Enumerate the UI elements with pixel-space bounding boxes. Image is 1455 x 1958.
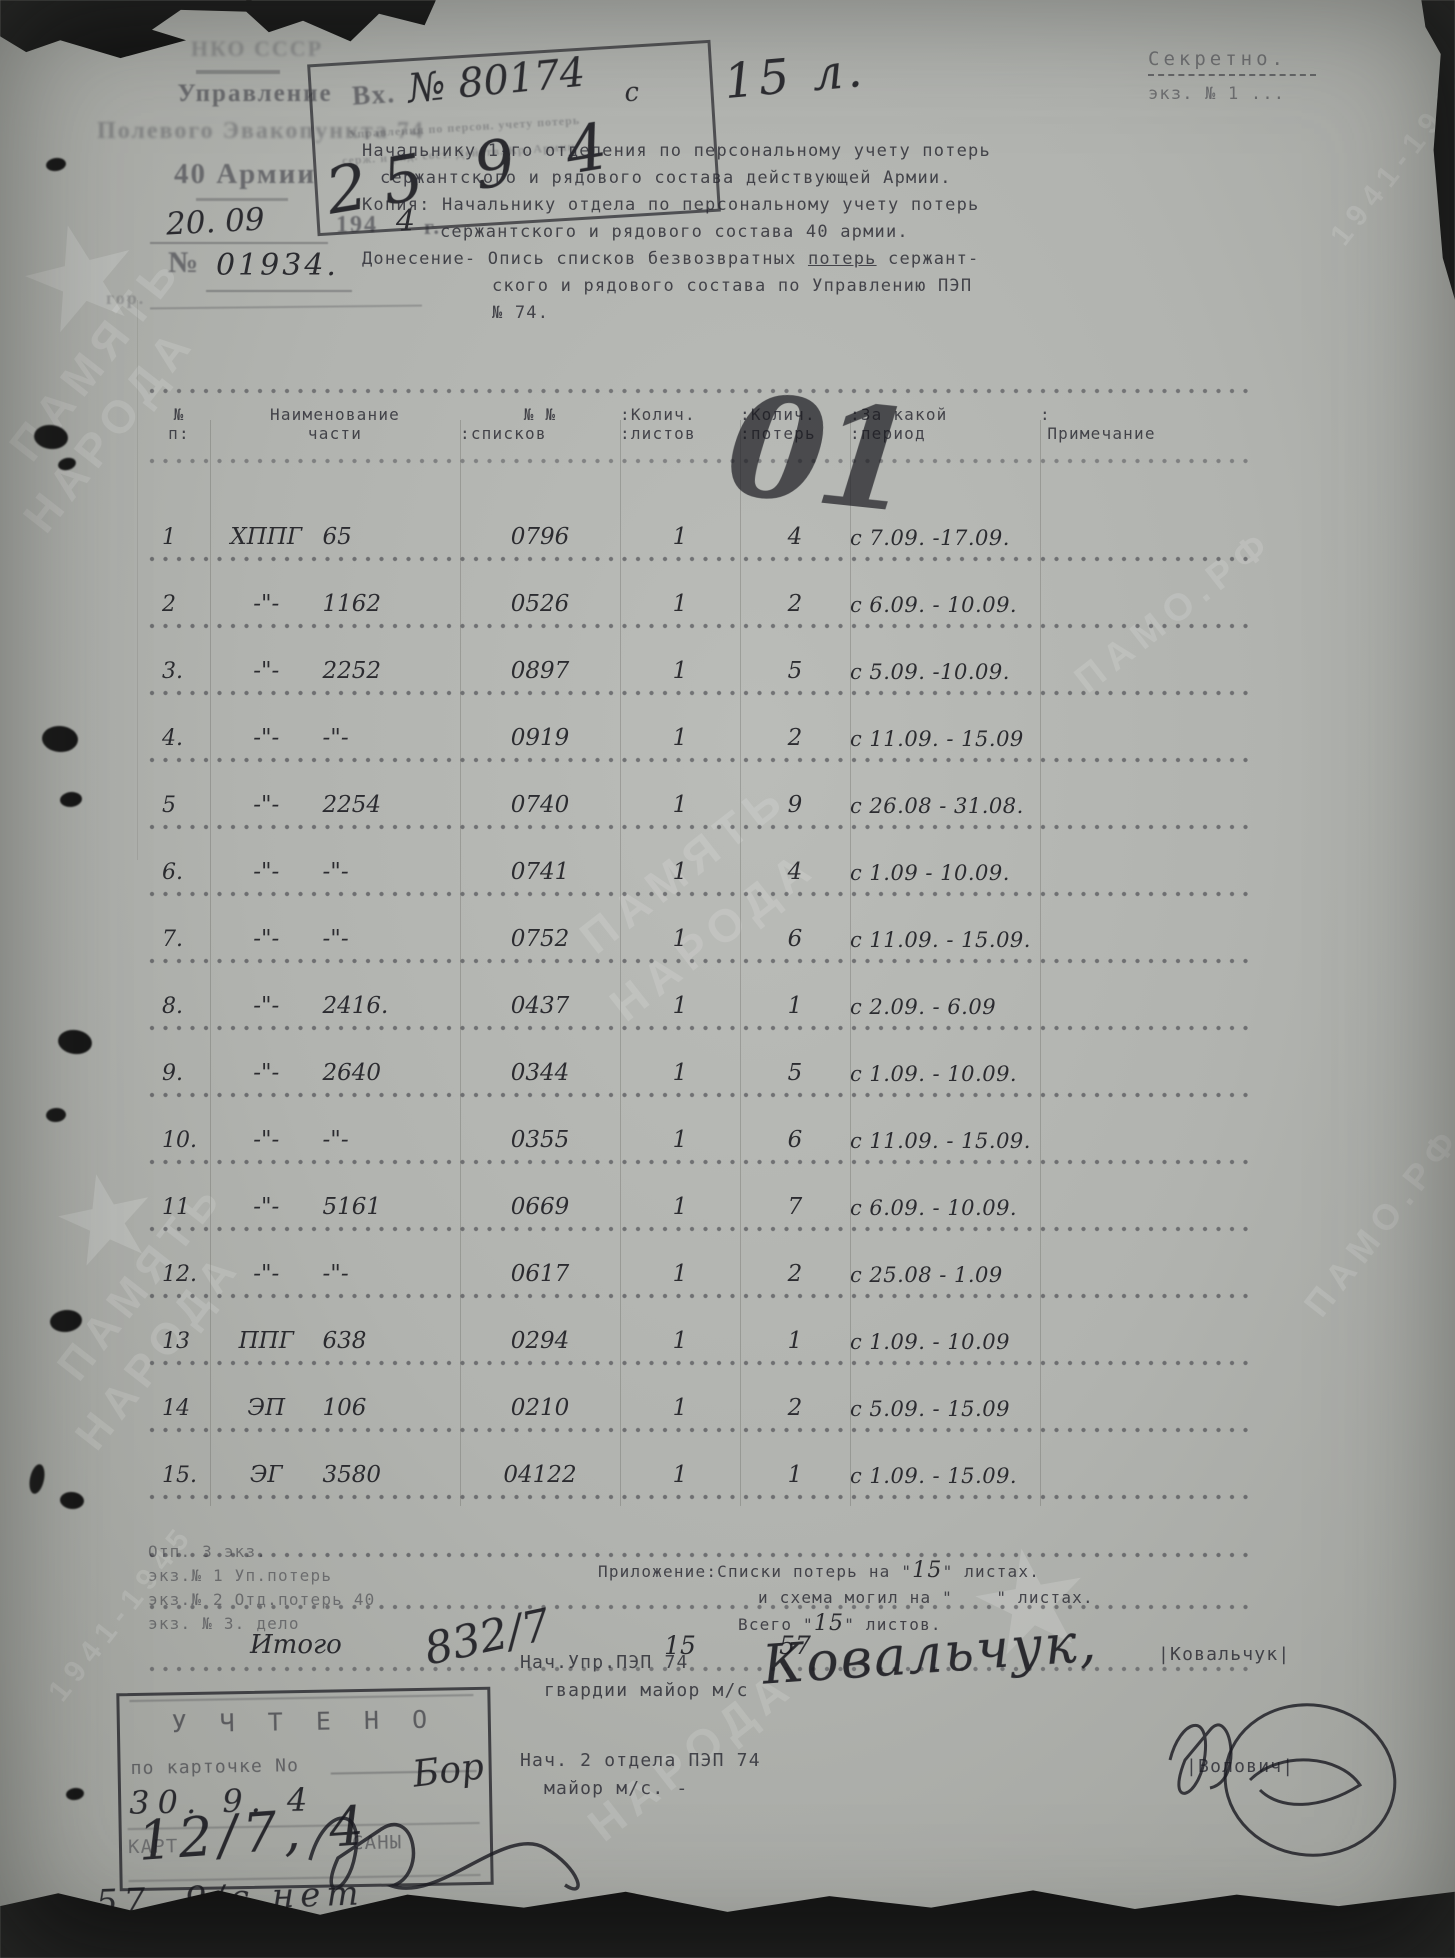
row-sheet-count: 1 <box>673 591 688 617</box>
row-part-number: -"- <box>323 725 461 751</box>
row-num: 15. <box>148 1463 197 1488</box>
row-loss-count: 1 <box>788 1328 803 1354</box>
row-loss-count: 7 <box>788 1194 803 1220</box>
row-sheet-count: 1 <box>673 859 688 885</box>
table-row: 1 ХППГ 65 0796 1 4 с 7.09. -17.09. <box>148 466 1248 554</box>
row-part-name: -"- <box>210 1261 323 1287</box>
row-num: 3. <box>148 659 183 684</box>
col-header-num: № <box>148 405 210 424</box>
col-header-sheets: :Колич. <box>620 405 740 424</box>
table-rule <box>148 1224 1248 1234</box>
table-header: №п: Наименованиечасти № №:списков :Колич… <box>148 396 1248 456</box>
row-sheet-count: 1 <box>673 1261 688 1287</box>
table-row: 4. -"- -"- 0919 1 2 с 11.09. - 15.09 <box>148 698 1248 755</box>
attachment-line1-pre: Приложение:Списки потерь на " <box>598 1562 912 1581</box>
table-row: 12. -"- -"- 0617 1 2 с 25.08 - 1.09 <box>148 1234 1248 1291</box>
row-list-number: 0617 <box>511 1261 570 1287</box>
row-part-number: 65 <box>323 524 461 550</box>
row-part-name: -"- <box>210 725 323 751</box>
row-period: с 1.09. - 15.09. <box>850 1464 1017 1488</box>
punch-hole <box>41 725 79 753</box>
table-row: 5 -"- 2254 0740 1 9 с 26.08 - 31.08. <box>148 765 1248 822</box>
col-header-part-l2: части <box>210 424 460 443</box>
address-line: сержантского и рядового состава 40 армии… <box>440 219 1102 246</box>
row-part-name: -"- <box>210 859 323 885</box>
col-header-num-l2: п: <box>148 424 210 443</box>
watermark-text: ПАМО.РФ <box>1296 1117 1455 1324</box>
row-num: 9. <box>148 1061 183 1086</box>
row-num: 2 <box>148 592 176 617</box>
row-list-number: 0740 <box>511 792 570 818</box>
table-rule <box>148 956 1248 966</box>
punch-hole <box>27 1463 47 1495</box>
row-sheet-count: 1 <box>673 1194 688 1220</box>
row-period: с 1.09. - 10.09 <box>850 1330 1010 1354</box>
handwritten-mark: 01 <box>720 363 915 545</box>
row-part-name: ЭГ <box>210 1462 323 1488</box>
accounting-stamp-title: У Ч Т Е Н О <box>120 1704 488 1739</box>
punch-hole <box>46 1107 67 1122</box>
table-row: 9. -"- 2640 0344 1 5 с 1.09. - 10.09. <box>148 1033 1248 1090</box>
row-list-number: 0355 <box>511 1127 570 1153</box>
row-period: с 6.09. - 10.09. <box>850 1196 1017 1220</box>
row-period: с 1.09 - 10.09. <box>850 861 1010 885</box>
table-row: 8. -"- 2416. 0437 1 1 с 2.09. - 6.09 <box>148 966 1248 1023</box>
distribution-line: Отп. 3 экз. <box>148 1540 376 1564</box>
row-num: 4. <box>148 726 183 751</box>
punch-hole <box>49 1308 83 1333</box>
torn-edge <box>0 1886 1455 1958</box>
table-rule <box>148 456 1248 466</box>
secrecy-block: Секретно. экз. № 1 ... <box>1148 48 1418 104</box>
row-part-name: -"- <box>210 591 323 617</box>
row-list-number: 0741 <box>511 859 570 885</box>
row-num: 8. <box>148 994 183 1019</box>
col-header-remark-l2: Примечание <box>955 424 1248 443</box>
row-part-name: -"- <box>210 993 323 1019</box>
attachment-line1-post: " листах. <box>943 1562 1041 1581</box>
punch-hole <box>57 456 77 472</box>
row-part-number: 3580 <box>323 1462 461 1488</box>
table-row: 13 ППГ 638 0294 1 1 с 1.09. - 10.09 <box>148 1301 1248 1358</box>
entry-stamp-suffix: с <box>624 77 640 108</box>
punch-hole <box>56 1028 93 1056</box>
punch-hole <box>59 791 82 808</box>
signer1-title-line2: гвардии майор м/с <box>544 1680 749 1701</box>
row-list-number: 0344 <box>511 1060 570 1086</box>
row-list-number: 0294 <box>511 1328 570 1354</box>
row-period: с 11.09. - 15.09. <box>850 1129 1031 1153</box>
row-part-number: 2640 <box>323 1060 461 1086</box>
col-header-list-no-l2: :списков <box>460 424 620 443</box>
entry-stamp-prefix: Вх. <box>351 78 397 112</box>
row-list-number: 0526 <box>511 591 570 617</box>
row-list-number: 0897 <box>511 658 570 684</box>
row-part-name: -"- <box>210 1127 323 1153</box>
secrecy-classification: Секретно. <box>1148 48 1418 70</box>
table-rule <box>148 386 1248 396</box>
accounting-stamp-signature: Бор <box>410 1746 486 1795</box>
address-line: № 74. <box>492 300 1102 327</box>
distribution-block: Отп. 3 экз. экз.№ 1 Уп.потерь экз.№ 2 От… <box>148 1540 376 1636</box>
row-period: с 2.09. - 6.09 <box>850 995 996 1019</box>
row-loss-count: 2 <box>788 591 803 617</box>
row-period: с 5.09. -10.09. <box>850 660 1010 684</box>
row-part-name: ХППГ <box>210 524 323 550</box>
row-part-number: -"- <box>323 926 461 952</box>
row-list-number: 0919 <box>511 725 570 751</box>
address-block: Начальнику 1-го отделения по персонально… <box>362 138 1102 327</box>
row-part-name: ППГ <box>210 1328 323 1354</box>
row-loss-count: 2 <box>788 1261 803 1287</box>
row-part-name: -"- <box>210 926 323 952</box>
attachment-line1: Приложение:Списки потерь на "15" листах. <box>598 1558 1094 1585</box>
torn-edge <box>1404 0 1455 300</box>
entry-stamp-number: № 80174 <box>406 50 587 113</box>
row-sheet-count: 1 <box>673 1328 688 1354</box>
row-sheet-count: 1 <box>673 1395 688 1421</box>
letterhead-number-sign: № <box>168 246 200 280</box>
row-sheet-count: 1 <box>673 524 688 550</box>
row-list-number: 0752 <box>511 926 570 952</box>
row-part-name: -"- <box>210 792 323 818</box>
secrecy-copy-line: экз. № 1 ... <box>1148 84 1418 104</box>
row-part-number: 106 <box>323 1395 461 1421</box>
row-sheet-count: 1 <box>673 658 688 684</box>
letterhead-date-handwritten: 20. 09 <box>165 201 265 242</box>
punch-hole <box>65 1787 84 1801</box>
row-num: 5 <box>148 793 176 818</box>
col-header-remark: : <box>1040 405 1248 424</box>
table-row: 3. -"- 2252 0897 1 5 с 5.09. -10.09. <box>148 631 1248 688</box>
row-num: 12. <box>148 1262 197 1287</box>
row-list-number: 0437 <box>511 993 570 1019</box>
row-num: 6. <box>148 860 183 885</box>
distribution-line: экз.№ 2 Отд.потерь 40 <box>148 1588 376 1612</box>
row-part-number: -"- <box>323 859 461 885</box>
table-rule <box>148 1492 1248 1502</box>
row-sheet-count: 1 <box>673 1060 688 1086</box>
row-loss-count: 5 <box>788 658 803 684</box>
punch-hole <box>33 423 69 450</box>
row-loss-count: 2 <box>788 1395 803 1421</box>
table-rule <box>148 1425 1248 1435</box>
distribution-line: экз.№ 1 Уп.потерь <box>148 1564 376 1588</box>
row-num: 7. <box>148 927 183 952</box>
row-list-number: 0796 <box>511 524 570 550</box>
row-sheet-count: 1 <box>673 993 688 1019</box>
row-loss-count: 4 <box>788 859 803 885</box>
row-part-number: 1162 <box>323 591 461 617</box>
row-sheet-count: 1 <box>673 1462 688 1488</box>
table-rule <box>148 1023 1248 1033</box>
attachment-line2: и схема могил на " " листах. <box>758 1585 1094 1611</box>
row-part-number: 2416. <box>323 993 461 1019</box>
row-part-number: -"- <box>323 1261 461 1287</box>
row-list-number: 04122 <box>503 1462 576 1488</box>
table-rule <box>148 1090 1248 1100</box>
row-period: с 11.09. - 15.09 <box>850 727 1024 751</box>
address-line: Начальнику 1-го отделения по персонально… <box>362 138 1102 165</box>
letterhead-city-label: гор. <box>106 288 145 309</box>
table-rule <box>148 1157 1248 1167</box>
address-line5-underlined: потерь <box>808 249 877 269</box>
row-list-number: 0669 <box>511 1194 570 1220</box>
table-rule <box>148 889 1248 899</box>
signer2-title-line1: Нач. 2 отдела ПЭП 74 <box>520 1750 761 1771</box>
table-rule <box>148 621 1248 631</box>
row-period: с 26.08 - 31.08. <box>850 794 1024 818</box>
address-line: Копия: Начальнику отдела по персональном… <box>362 192 1102 219</box>
address-line: Донесение- Опись списков безвозвратных п… <box>362 246 1102 273</box>
punch-hole <box>59 1491 84 1510</box>
table-row: 7. -"- -"- 0752 1 6 с 11.09. - 15.09. <box>148 899 1248 956</box>
address-line5-pre: Донесение- Опись списков безвозвратных <box>362 249 808 269</box>
accounting-stamp-subtitle: по карточке No <box>130 1755 299 1779</box>
row-part-name: -"- <box>210 1194 323 1220</box>
row-loss-count: 6 <box>788 1127 803 1153</box>
losses-table: №п: Наименованиечасти № №:списков :Колич… <box>148 386 1248 1674</box>
row-loss-count: 6 <box>788 926 803 952</box>
row-loss-count: 1 <box>788 1462 803 1488</box>
table-rule <box>148 554 1248 564</box>
table-row: 15. ЭГ 3580 04122 1 1 с 1.09. - 15.09. <box>148 1435 1248 1492</box>
row-num: 11 <box>148 1195 190 1220</box>
row-part-name: -"- <box>210 658 323 684</box>
row-part-number: -"- <box>323 1127 461 1153</box>
signer1-title-line1: Нач.Упр.ПЭП 74 <box>520 1652 689 1673</box>
table-rule <box>148 1291 1248 1301</box>
punch-hole <box>45 157 67 173</box>
col-header-part: Наименование <box>210 405 460 424</box>
signer2-signature-flourish <box>1150 1660 1430 1900</box>
row-loss-count: 1 <box>788 993 803 1019</box>
row-loss-count: 2 <box>788 725 803 751</box>
row-part-name: -"- <box>210 1060 323 1086</box>
distribution-line: экз. № 3. дело <box>148 1612 376 1636</box>
row-part-number: 2254 <box>323 792 461 818</box>
table-row: 2 -"- 1162 0526 1 2 с 6.09. - 10.09. <box>148 564 1248 621</box>
letterhead-number-value: 01934. <box>216 248 339 283</box>
col-header-sheets-l2: :листов <box>620 424 740 443</box>
row-sheet-count: 1 <box>673 926 688 952</box>
row-num: 13 <box>148 1329 190 1354</box>
table-rule <box>148 1358 1248 1368</box>
table-row: 10. -"- -"- 0355 1 6 с 11.09. - 15.09. <box>148 1100 1248 1157</box>
table-row: 6. -"- -"- 0741 1 4 с 1.09 - 10.09. <box>148 832 1248 889</box>
document-page: ПАМЯТЬ НАРОДА ★ ПАМЯТЬ НАРОДА ПАМО.РФ 19… <box>0 0 1455 1958</box>
row-loss-count: 9 <box>788 792 803 818</box>
address-line5-post: сержант- <box>877 249 980 269</box>
table-rule <box>148 755 1248 765</box>
row-period: с 6.09. - 10.09. <box>850 593 1017 617</box>
table-row: 11 -"- 5161 0669 1 7 с 6.09. - 10.09. <box>148 1167 1248 1224</box>
row-period: с 11.09. - 15.09. <box>850 928 1031 952</box>
address-line: сержантского и рядового состава действую… <box>380 165 1102 192</box>
table-rule <box>148 822 1248 832</box>
row-list-number: 0210 <box>511 1395 570 1421</box>
sheet-count-note: 15 л. <box>722 42 868 110</box>
col-header-list-no: № № <box>460 405 620 424</box>
row-period: с 25.08 - 1.09 <box>850 1263 1003 1287</box>
address-line: ского и рядового состава по Управлению П… <box>492 273 1102 300</box>
row-sheet-count: 1 <box>673 725 688 751</box>
row-num: 10. <box>148 1128 197 1153</box>
row-sheet-count: 1 <box>673 1127 688 1153</box>
row-period: с 1.09. - 10.09. <box>850 1062 1017 1086</box>
row-part-name: ЭП <box>210 1395 323 1421</box>
table-rows: 1 ХППГ 65 0796 1 4 с 7.09. -17.09. 2 -"-… <box>148 466 1248 1502</box>
attachment-line1-hw: 15 <box>912 1558 942 1583</box>
table-rule <box>148 688 1248 698</box>
row-part-number: 2252 <box>323 658 461 684</box>
table-row: 14 ЭП 106 0210 1 2 с 5.09. - 15.09 <box>148 1368 1248 1425</box>
row-sheet-count: 1 <box>673 792 688 818</box>
row-num: 1 <box>148 525 176 550</box>
row-part-number: 5161 <box>323 1194 461 1220</box>
row-loss-count: 5 <box>788 1060 803 1086</box>
row-part-number: 638 <box>323 1328 461 1354</box>
row-period: с 5.09. - 15.09 <box>850 1397 1010 1421</box>
row-num: 14 <box>148 1396 190 1421</box>
